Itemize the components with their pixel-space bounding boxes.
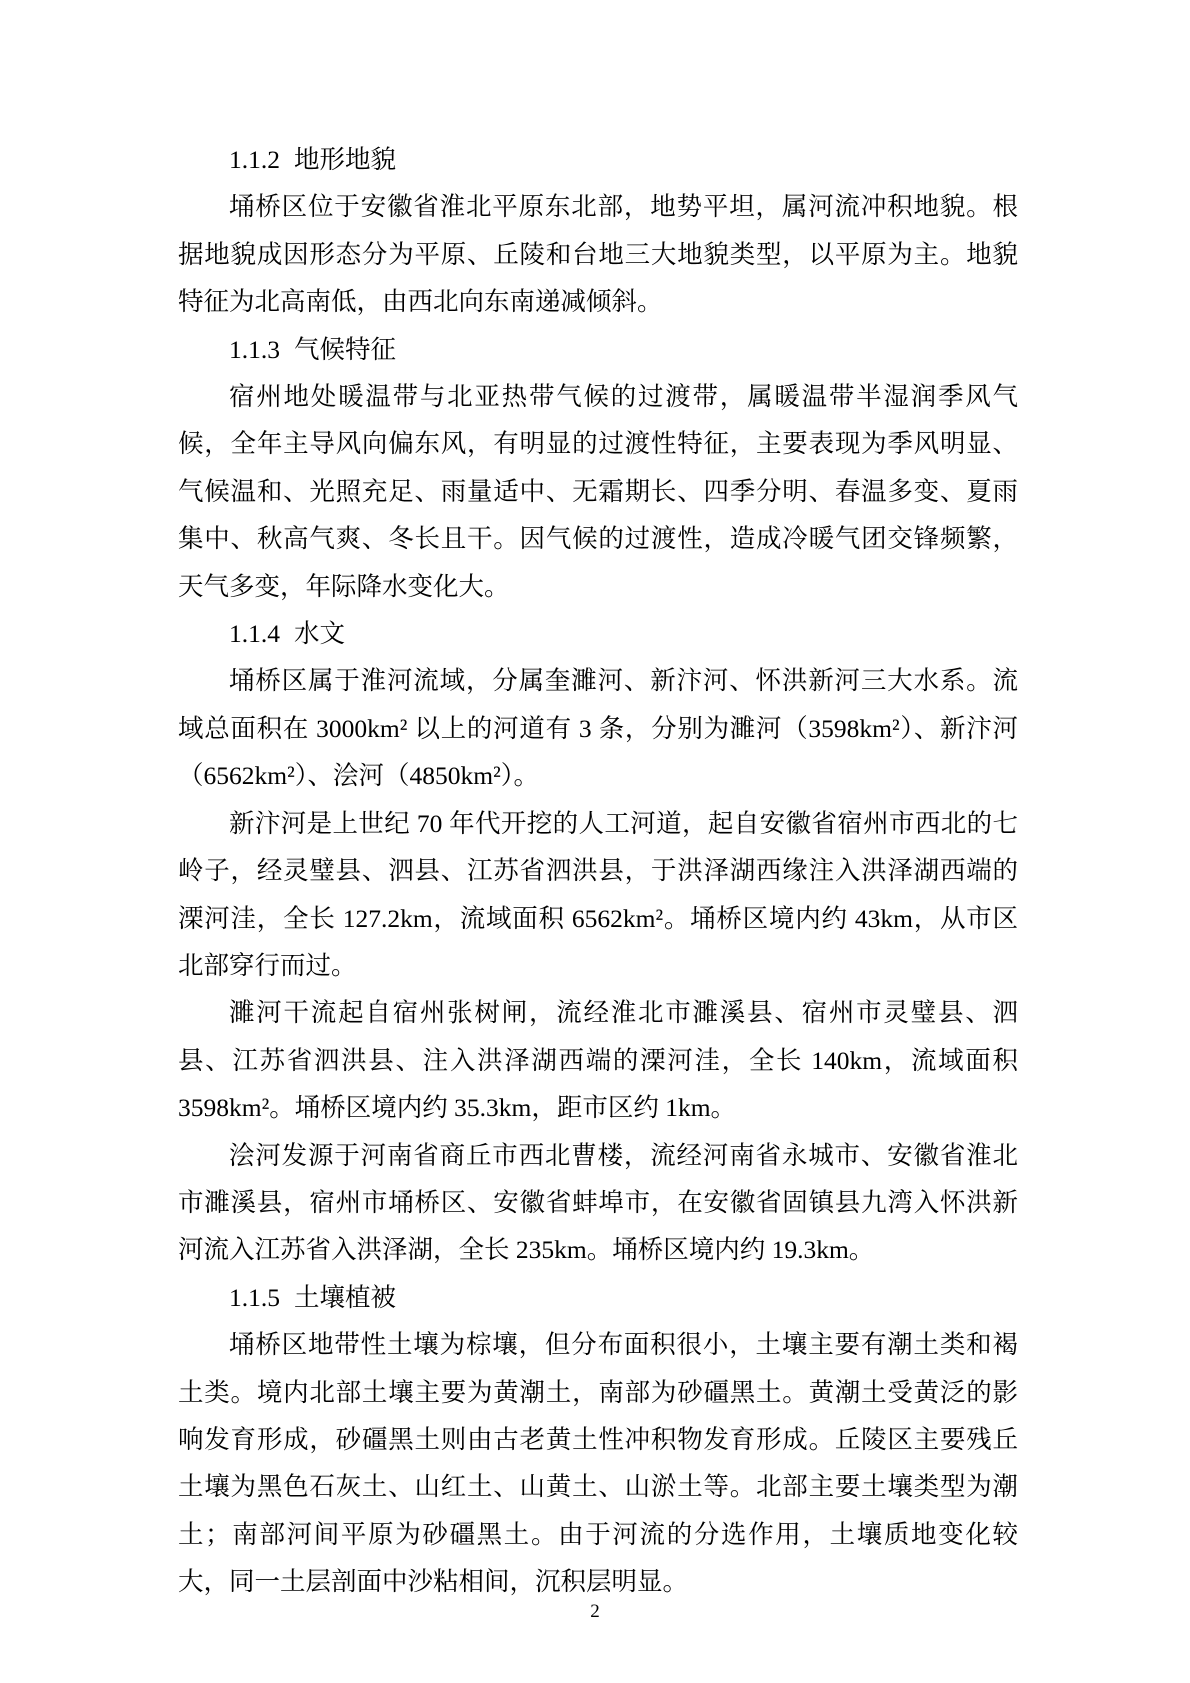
- heading-title: 气候特征: [294, 335, 396, 364]
- heading-number: 1.1.3: [229, 335, 280, 364]
- body-paragraph: 新汴河是上世纪 70 年代开挖的人工河道，起自安徽省宿州市西北的七岭子，经灵璧县…: [178, 800, 1018, 990]
- page-footer: 2: [0, 1598, 1190, 1626]
- heading-number: 1.1.4: [229, 619, 280, 648]
- page-number: 2: [590, 1601, 600, 1622]
- body-paragraph: 宿州地处暖温带与北亚热带气候的过渡带，属暖温带半湿润季风气候，全年主导风向偏东风…: [178, 373, 1018, 610]
- body-paragraph: 浍河发源于河南省商丘市西北曹楼，流经河南省永城市、安徽省淮北市濉溪县，宿州市埇桥…: [178, 1132, 1018, 1274]
- section-heading-1-1-4: 1.1.4水文: [178, 610, 1018, 657]
- section-heading-1-1-3: 1.1.3气候特征: [178, 326, 1018, 373]
- section-heading-1-1-5: 1.1.5土壤植被: [178, 1274, 1018, 1321]
- heading-title: 地形地貌: [294, 145, 396, 174]
- heading-title: 水文: [294, 619, 345, 648]
- heading-title: 土壤植被: [294, 1283, 396, 1312]
- body-paragraph: 埇桥区地带性土壤为棕壤，但分布面积很小，土壤主要有潮土类和褐土类。境内北部土壤主…: [178, 1321, 1018, 1605]
- heading-number: 1.1.2: [229, 145, 280, 174]
- body-paragraph: 濉河干流起自宿州张树闸，流经淮北市濉溪县、宿州市灵璧县、泗县、江苏省泗洪县、注入…: [178, 989, 1018, 1131]
- section-heading-1-1-2: 1.1.2地形地貌: [178, 136, 1018, 183]
- document-page: 1.1.2地形地貌 埇桥区位于安徽省淮北平原东北部，地势平坦，属河流冲积地貌。根…: [0, 0, 1190, 1683]
- body-paragraph: 埇桥区位于安徽省淮北平原东北部，地势平坦，属河流冲积地貌。根据地貌成因形态分为平…: [178, 183, 1018, 325]
- heading-number: 1.1.5: [229, 1283, 280, 1312]
- document-body: 1.1.2地形地貌 埇桥区位于安徽省淮北平原东北部，地势平坦，属河流冲积地貌。根…: [178, 136, 1018, 1606]
- body-paragraph: 埇桥区属于淮河流域，分属奎濉河、新汴河、怀洪新河三大水系。流域总面积在 3000…: [178, 657, 1018, 799]
